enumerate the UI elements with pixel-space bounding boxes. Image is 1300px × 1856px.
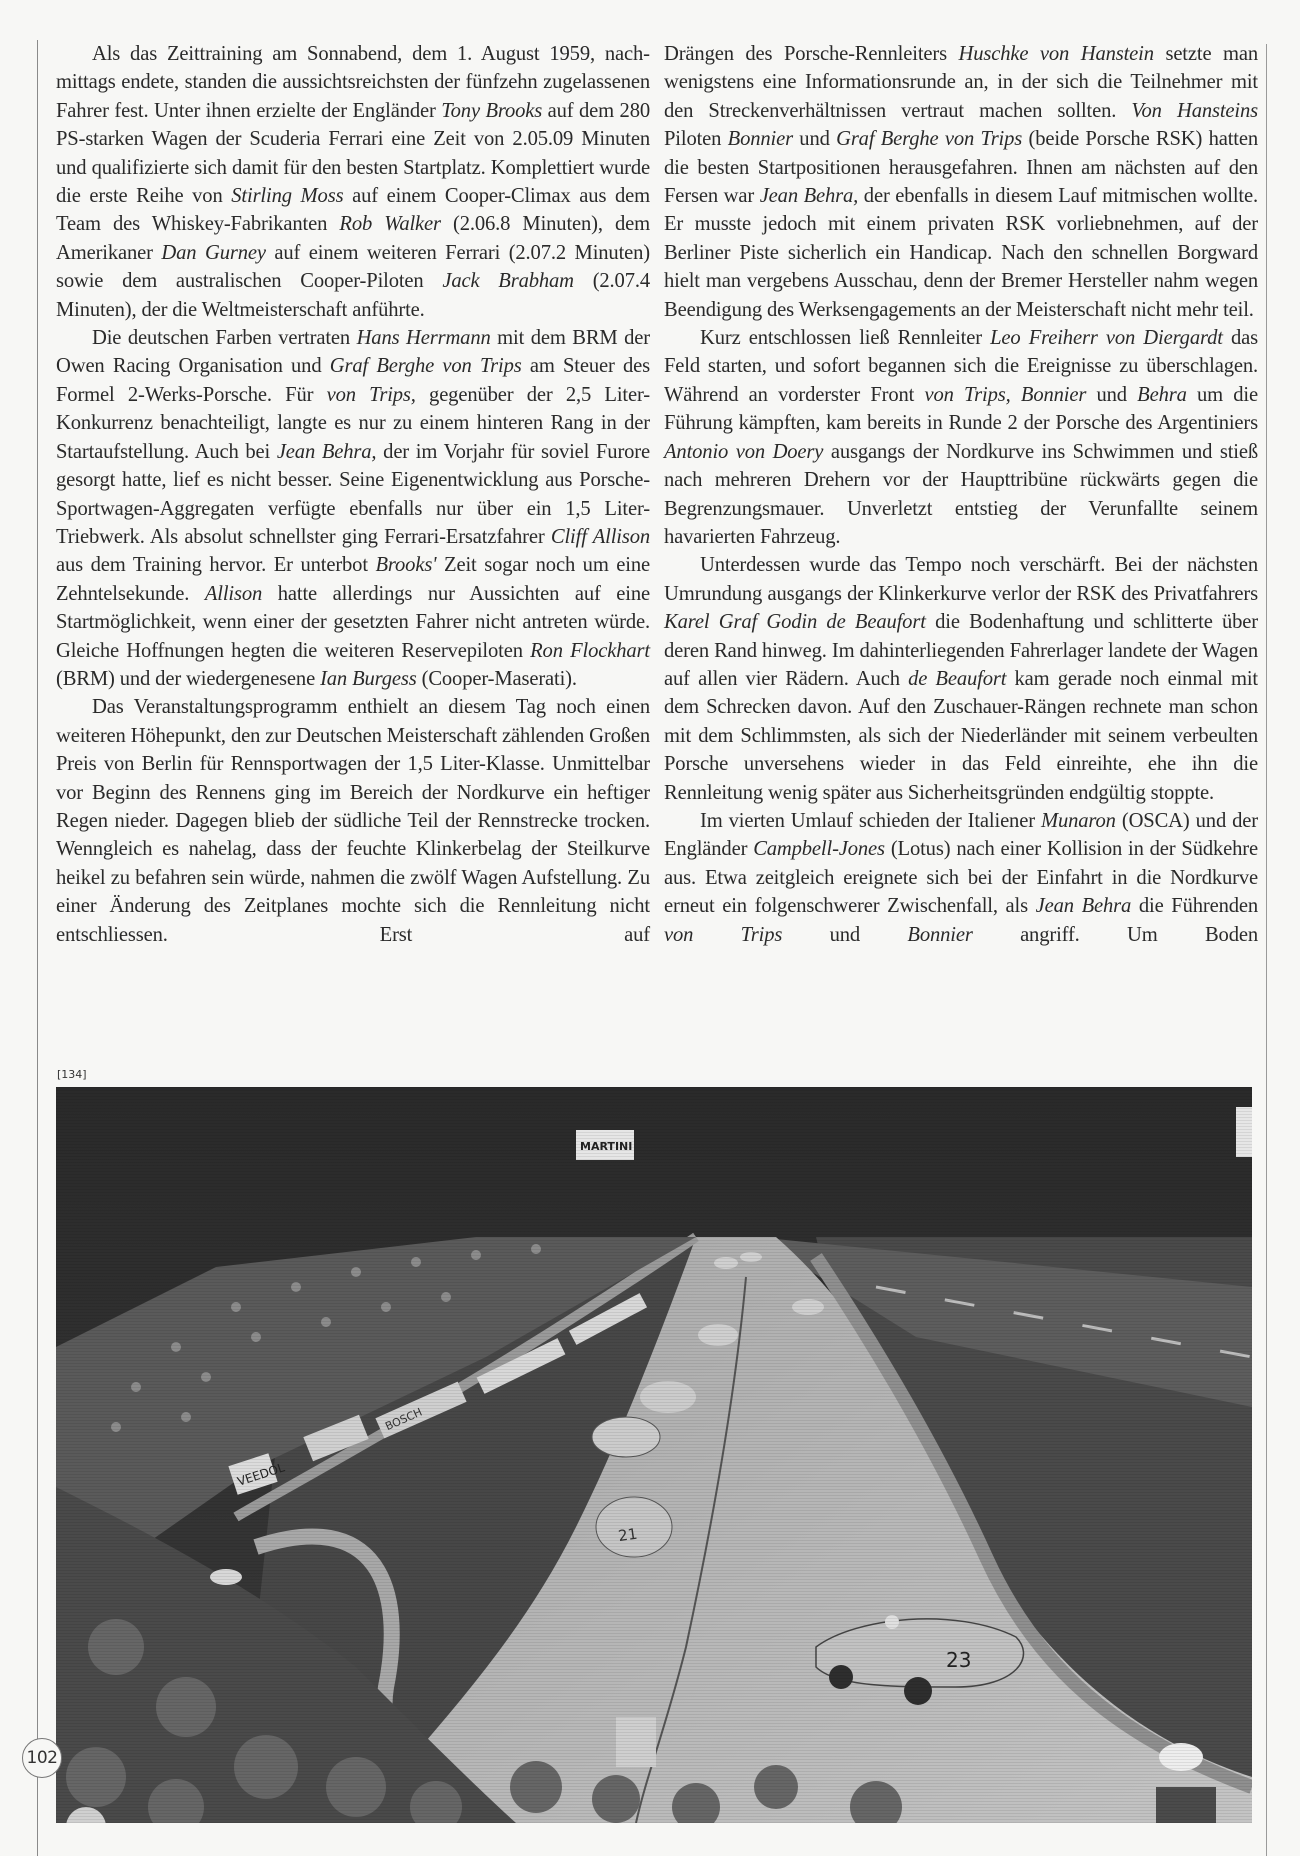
text-run: Drängen des Porsche-Rennleiters <box>664 43 959 65</box>
italic-name: Ron Flockhart <box>530 640 650 662</box>
italic-name: Jack Brabham <box>442 270 574 292</box>
paragraph: Kurz entschlossen ließ Rennleiter Leo Fr… <box>664 324 1258 551</box>
text-run: Unterdessen wurde das Tempo noch verschä… <box>664 554 1258 604</box>
italic-name: Cliff Allison <box>551 526 650 548</box>
text-run: und <box>782 924 907 946</box>
text-run: und <box>793 128 836 150</box>
text-run: die Führenden <box>1131 895 1258 917</box>
italic-name: Rob Walker <box>339 213 441 235</box>
italic-name: Bonnier <box>907 924 972 946</box>
text-run: Das Veranstaltungsprogramm enthielt an d… <box>56 696 650 945</box>
italic-name: Behra <box>1137 384 1187 406</box>
left-margin-rule <box>37 40 38 1856</box>
italic-name: Campbell-Jones <box>753 838 885 860</box>
text-run: Die deutschen Farben vertraten <box>92 327 357 349</box>
italic-name: Brooks' <box>376 554 437 576</box>
text-column-left: Als das Zeittraining am Sonnabend, dem 1… <box>56 40 650 949</box>
svg-text:23: 23 <box>946 1648 971 1672</box>
italic-name: Huschke von Hanstein <box>959 43 1154 65</box>
paragraph: Die deutschen Farben vertraten Hans Herr… <box>56 324 650 693</box>
svg-text:21: 21 <box>617 1525 638 1545</box>
italic-name: Antonio von Doery <box>664 441 823 463</box>
italic-name: de Beaufort <box>908 668 1006 690</box>
paragraph: Drängen des Porsche-Rennleiters Huschke … <box>664 40 1258 324</box>
text-run: Piloten <box>664 128 728 150</box>
italic-name: Dan Gurney <box>161 242 265 264</box>
italic-name: Jean Behra <box>1036 895 1132 917</box>
italic-name: Ian Burgess <box>320 668 417 690</box>
race-photo-illustration: VEEDOL BOSCH MARTINI 21 <box>56 1087 1252 1823</box>
italic-name: Von Hansteins <box>1131 100 1258 122</box>
italic-name: von Trips <box>664 924 782 946</box>
text-run: (BRM) und der wiedergenesene <box>56 668 320 690</box>
right-margin-rule <box>1266 44 1267 1856</box>
figure-label: [134] <box>57 1068 87 1081</box>
text-column-right: Drängen des Porsche-Rennleiters Huschke … <box>664 40 1258 949</box>
italic-name: Graf Berghe von Trips <box>330 355 522 377</box>
italic-name: Munaron <box>1041 810 1116 832</box>
italic-name: von Trips, Bonnier <box>924 384 1086 406</box>
italic-name: Bonnier <box>728 128 793 150</box>
text-run: aus dem Training hervor. Er unterbot <box>56 554 376 576</box>
paragraph: Unterdessen wurde das Tempo noch verschä… <box>664 551 1258 807</box>
italic-name: Tony Brooks <box>441 100 542 122</box>
text-run: Kurz entschlossen ließ Rennleiter <box>700 327 990 349</box>
text-run: und <box>1086 384 1137 406</box>
italic-name: Karel Graf Godin de Beaufort <box>664 611 926 633</box>
svg-text:MARTINI: MARTINI <box>580 1140 632 1153</box>
italic-name: Stirling Moss <box>231 185 343 207</box>
italic-name: Jean Behra, <box>277 441 377 463</box>
race-photo: VEEDOL BOSCH MARTINI 21 <box>56 1087 1252 1823</box>
text-run: (Cooper-Maserati). <box>417 668 577 690</box>
italic-name: von Trips, <box>327 384 416 406</box>
italic-name: Allison <box>205 583 262 605</box>
italic-name: Hans Herrmann <box>357 327 491 349</box>
paragraph: Im vierten Umlauf schieden der Italiener… <box>664 807 1258 949</box>
paragraph: Das Veranstaltungsprogramm enthielt an d… <box>56 693 650 949</box>
text-run: angriff. Um Boden <box>973 924 1258 946</box>
paragraph: Als das Zeittraining am Sonnabend, dem 1… <box>56 40 650 324</box>
italic-name: Graf Berghe von Trips <box>836 128 1022 150</box>
italic-name: Leo Freiherr von Diergardt <box>990 327 1223 349</box>
page-number: 102 <box>22 1738 62 1778</box>
italic-name: Jean Behra, <box>760 185 858 207</box>
text-run: Im vierten Umlauf schieden der Italiener <box>700 810 1041 832</box>
